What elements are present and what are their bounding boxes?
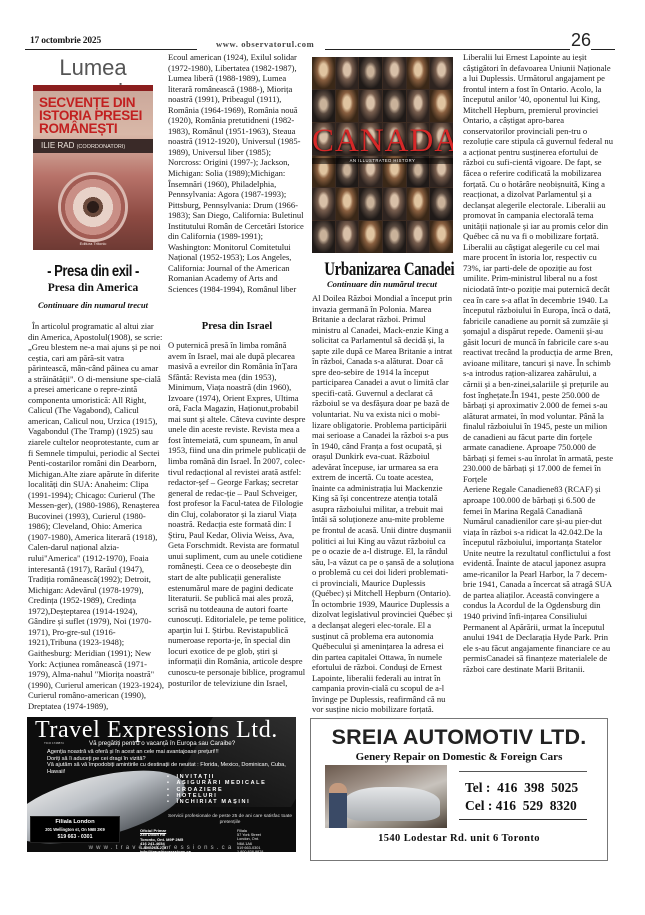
branch-label: Filiala London bbox=[31, 819, 119, 825]
article-paragraph: O puternică presă în limba română avem î… bbox=[168, 340, 306, 688]
article-subheadline: Presa din America bbox=[22, 282, 164, 294]
garage-photo bbox=[325, 765, 447, 828]
article-paragraph: În octombrie 1939, Maurice Duplessis a d… bbox=[312, 599, 454, 715]
ad-professional-note: Servicii profesionale de peste 25 de ani… bbox=[165, 814, 295, 825]
canada-cover-title: CANADA bbox=[312, 124, 453, 158]
article-column: Ecoul american (1924), Exilul solidar (1… bbox=[168, 52, 306, 342]
ad-website-link[interactable]: www.travelexpressions.ca bbox=[27, 845, 296, 851]
issue-date: 17 octombrie 2025 bbox=[30, 36, 101, 46]
page-header: 17 octombrie 2025 www. observatorul.com … bbox=[25, 36, 615, 52]
divider bbox=[459, 771, 587, 772]
ad-brand: SREIA AUTOMOTIV LTD. bbox=[311, 725, 607, 750]
eye-illustration bbox=[61, 175, 125, 239]
continuation-note: Continuare din numarul trecut bbox=[22, 300, 164, 310]
services-list: INVITAȚII ASIGURĂRI MEDICALE CROAZIERE H… bbox=[167, 774, 266, 805]
travel-expressions-ad[interactable]: Travel Expressions Ltd. TICO 1748874 Vă … bbox=[27, 717, 296, 852]
ad-license: TICO 1748874 bbox=[44, 741, 64, 745]
ad-brand: Travel Expressions Ltd. bbox=[35, 718, 278, 742]
book-author-role: (COORDONATORI) bbox=[77, 144, 126, 150]
article-paragraph: În articolul programatic al altui ziar d… bbox=[28, 321, 164, 711]
ad-body-line: Agenția noastră vă oferă și în acest an … bbox=[47, 749, 292, 756]
book-cover-image: SECVENȚE DIN ISTORIA PRESEI ROMÂNEȘTI IL… bbox=[33, 85, 153, 250]
article-paragraph: Ecoul american (1924), Exilul solidar (1… bbox=[168, 52, 306, 295]
service-item: ASIGURĂRI MEDICALE bbox=[167, 780, 266, 786]
car-graphic bbox=[345, 787, 440, 821]
ad-body: Agenția noastră vă oferă și în acest an … bbox=[47, 749, 292, 775]
article-column: În articolul programatic al altui ziar d… bbox=[28, 321, 164, 711]
article-paragraph: Liberalii lui Ernest Lapointe au ieșit c… bbox=[463, 52, 613, 484]
book-cover-bar bbox=[33, 85, 153, 91]
book-title-line: ROMÂNEȘTI bbox=[39, 122, 142, 135]
canada-cover-subtitle: AN ILLUSTRATED HISTORY bbox=[312, 158, 453, 164]
mechanic-graphic bbox=[329, 783, 347, 828]
article-column: Al Doilea Război Mondial a început prin … bbox=[312, 293, 454, 688]
continuation-note: Continuare din numărul trecut bbox=[308, 279, 456, 289]
article-headline: Urbanizarea Canadei bbox=[324, 259, 439, 281]
divider bbox=[459, 819, 587, 820]
article-column: Liberalii lui Ernest Lapointe au ieșit c… bbox=[463, 52, 613, 692]
cel-number[interactable]: Cel : 416 529 8320 bbox=[465, 797, 578, 815]
ad-body-line: Doriți să îi aduceți pe cei dragi în viz… bbox=[47, 756, 292, 763]
book-author-name: ILIE RAD bbox=[41, 141, 74, 150]
article-paragraph: Al Doilea Război Mondial a început prin … bbox=[312, 293, 454, 599]
book-cover-title: SECVENȚE DIN ISTORIA PRESEI ROMÂNEȘTI bbox=[39, 96, 142, 135]
article-paragraph: Aeriene Regale Canadiene83 (RCAF) și apr… bbox=[463, 484, 613, 674]
ad-address: 1540 Lodestar Rd. unit 6 Toronto bbox=[311, 833, 607, 844]
ad-tagline: Vă pregătiți pentru o vacanță în Europa … bbox=[89, 740, 235, 747]
article-headline: - Presa din exil - bbox=[35, 263, 151, 281]
header-rule bbox=[591, 49, 615, 50]
service-item: ÎNCHIRIAT MAȘINI bbox=[167, 799, 266, 805]
header-rule bbox=[25, 49, 197, 50]
ad-subtitle: Genery Repair on Domestic & Foreign Cars bbox=[311, 751, 607, 763]
contact-phones: Tel : 416 398 5025Cel : 416 529 8320 bbox=[465, 779, 578, 815]
canada-book-cover-image: CANADA AN ILLUSTRATED HISTORY bbox=[312, 57, 453, 253]
page-number: 26 bbox=[571, 30, 591, 51]
website-link[interactable]: www. observatorul.com bbox=[216, 39, 314, 49]
book-cover-author: ILIE RAD (COORDONATORI) bbox=[33, 139, 153, 153]
branch-address: 201 Wellington st, On N6B 2K9 bbox=[31, 827, 119, 832]
london-branch-box: Filiala London 201 Wellington st, On N6B… bbox=[30, 816, 120, 843]
header-rule bbox=[325, 49, 570, 50]
branch-phone: 519 663 - 0301 bbox=[31, 834, 119, 840]
article-column: O puternică presă în limba română avem î… bbox=[168, 340, 306, 712]
subsection-heading: Presa din Israel bbox=[168, 321, 306, 332]
tel-number[interactable]: Tel : 416 398 5025 bbox=[465, 779, 578, 797]
sreia-automotiv-ad[interactable]: SREIA AUTOMOTIV LTD. Genery Repair on Do… bbox=[310, 718, 608, 861]
book-publisher: Editura Tritonic bbox=[33, 241, 153, 246]
